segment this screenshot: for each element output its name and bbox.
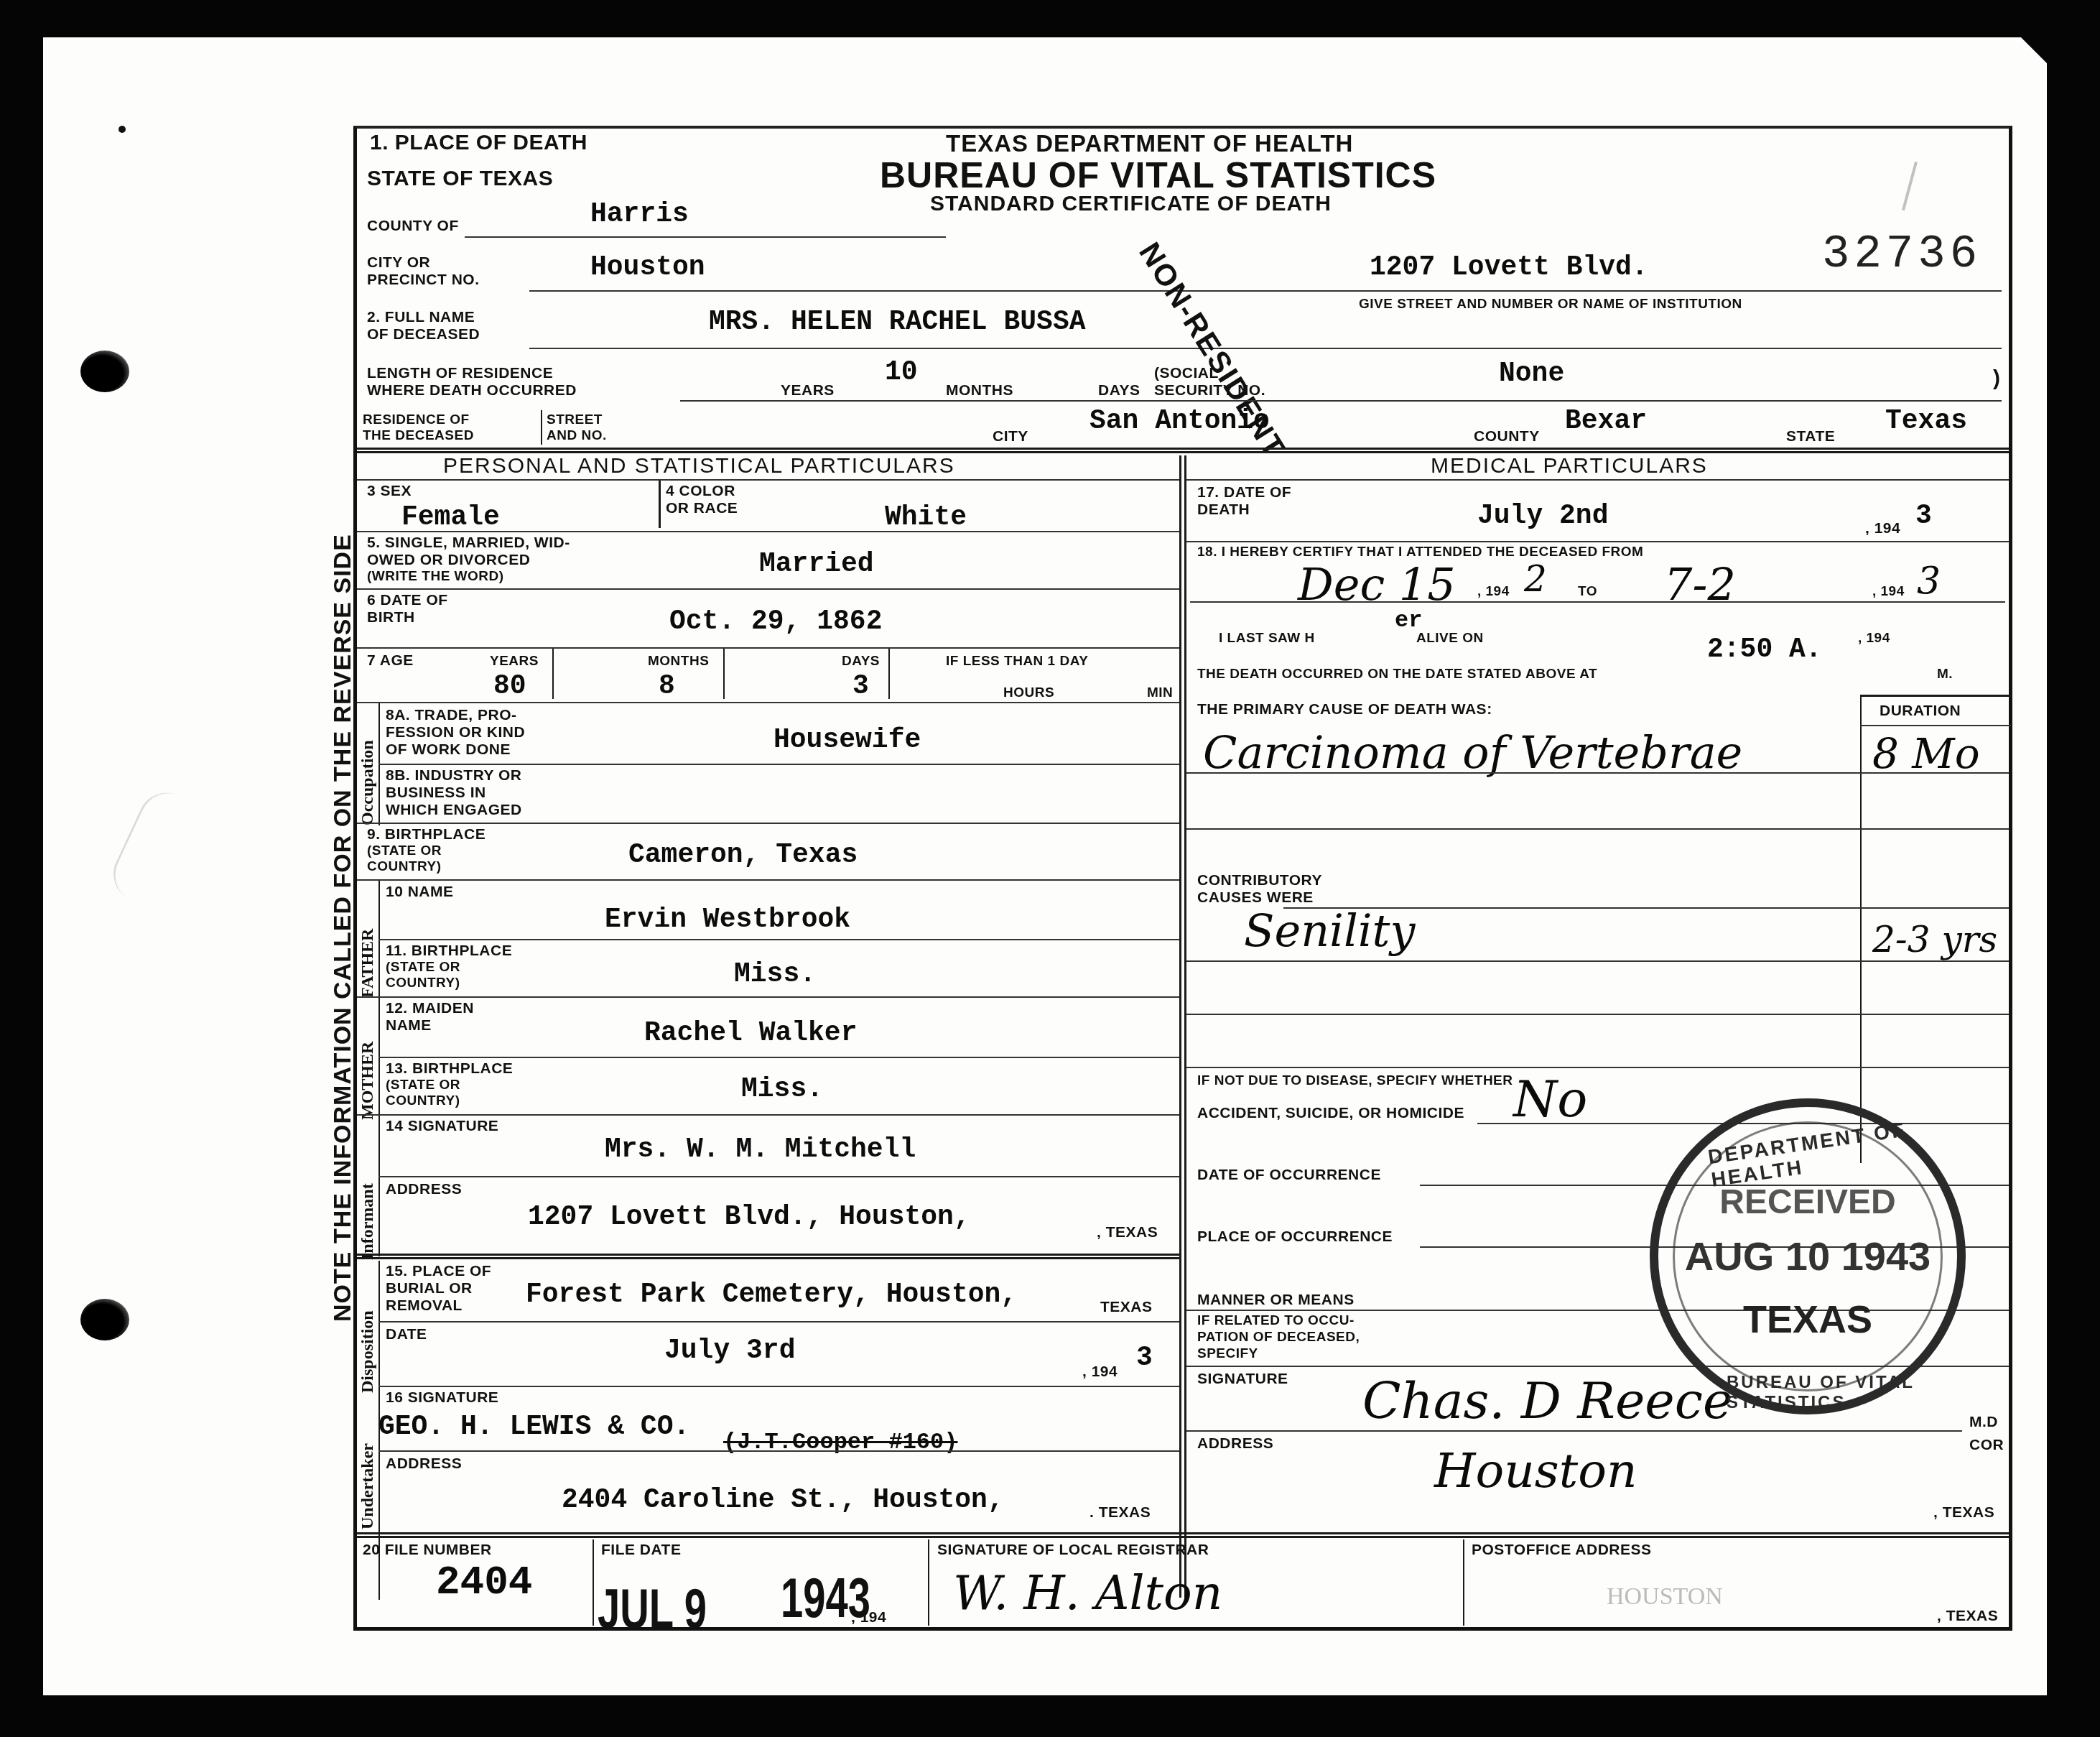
full-name-label-2: OF DECEASED bbox=[367, 327, 480, 343]
occ-related-label-2: PATION OF DECEASED, bbox=[1197, 1330, 1360, 1345]
last-saw-label-1: I LAST SAW H bbox=[1219, 631, 1315, 646]
undertaker-section-label: Undertaker bbox=[358, 1443, 378, 1529]
section-divider bbox=[357, 448, 2009, 453]
mother-birthplace-label-3: COUNTRY) bbox=[386, 1094, 460, 1108]
primary-duration-value: 8 Mo bbox=[1872, 729, 1980, 778]
registrar-divider-v bbox=[1463, 1539, 1464, 1626]
undertaker-state-suffix: . TEXAS bbox=[1090, 1505, 1151, 1521]
row-line bbox=[378, 1321, 1179, 1323]
attended-from-value: Dec 15 bbox=[1298, 558, 1456, 611]
death-time-suffix: M. bbox=[1937, 667, 1953, 682]
postoffice-value: HOUSTON bbox=[1607, 1583, 1723, 1611]
death-year-digit: 3 bbox=[1915, 501, 1932, 532]
row-line bbox=[378, 1386, 1179, 1387]
birthplace-label-1: 9. BIRTHPLACE bbox=[367, 827, 485, 843]
duration-top bbox=[1860, 695, 2011, 697]
row-line bbox=[1186, 772, 2009, 774]
contributory-label-2: CAUSES WERE bbox=[1197, 890, 1314, 906]
stamp-received-text: RECEIVED bbox=[1658, 1182, 1957, 1222]
residence-length-underline bbox=[680, 400, 2002, 402]
place-of-death-label: 1. PLACE OF DEATH bbox=[370, 131, 587, 154]
last-saw-year: , 194 bbox=[1858, 631, 1890, 646]
registrar-divider-v bbox=[593, 1539, 594, 1626]
physician-address-value: Houston bbox=[1434, 1443, 1637, 1499]
county-underline bbox=[465, 236, 946, 238]
dob-label-1: 6 DATE OF bbox=[367, 593, 448, 608]
months-label: MONTHS bbox=[946, 383, 1013, 399]
age-label: 7 AGE bbox=[367, 653, 414, 669]
sex-label: 3 SEX bbox=[367, 483, 412, 499]
informant-section-label: Informant bbox=[358, 1183, 378, 1260]
full-name-value: MRS. HELEN RACHEL BUSSA bbox=[709, 307, 1086, 338]
burial-year-digit: 3 bbox=[1136, 1343, 1153, 1374]
marital-label-1: 5. SINGLE, MARRIED, WID- bbox=[367, 535, 570, 551]
sex-value: Female bbox=[401, 502, 500, 533]
accident-value: No bbox=[1513, 1070, 1587, 1129]
burial-label-1: 15. PLACE OF bbox=[386, 1264, 491, 1279]
occupation-section-label: Occupation bbox=[358, 740, 378, 825]
row-line bbox=[1186, 828, 2009, 830]
last-saw-label-2: ALIVE ON bbox=[1416, 631, 1484, 646]
father-divider bbox=[378, 881, 380, 1003]
undertaker-signature-label: 16 SIGNATURE bbox=[386, 1390, 498, 1406]
row-line bbox=[357, 1254, 1179, 1259]
undertaker-address-value: 2404 Caroline St., Houston, bbox=[562, 1485, 1004, 1516]
dob-label-2: BIRTH bbox=[367, 610, 415, 626]
residence-length-label-1: LENGTH OF RESIDENCE bbox=[367, 366, 553, 381]
age-months-value: 8 bbox=[659, 671, 675, 702]
registrar-divider-v bbox=[928, 1539, 929, 1626]
birthplace-label-2: (STATE OR bbox=[367, 844, 442, 858]
personal-section-header: PERSONAL AND STATISTICAL PARTICULARS bbox=[443, 455, 955, 478]
registrar-signature-label: SIGNATURE OF LOCAL REGISTRAR bbox=[937, 1542, 1209, 1558]
age-divider bbox=[888, 649, 890, 699]
burial-date-value: July 3rd bbox=[664, 1335, 795, 1366]
row-line bbox=[357, 879, 1179, 881]
residence-label-1: RESIDENCE OF bbox=[363, 413, 470, 427]
father-name-label: 10 NAME bbox=[386, 884, 454, 900]
county-label: COUNTY OF bbox=[367, 218, 459, 234]
postoffice-label: POSTOFFICE ADDRESS bbox=[1472, 1542, 1652, 1558]
from-year-prefix: , 194 bbox=[1477, 585, 1510, 599]
birthplace-label-3: COUNTRY) bbox=[367, 860, 442, 874]
date-occurrence-label: DATE OF OCCURRENCE bbox=[1197, 1167, 1381, 1183]
date-of-death-label-2: DEATH bbox=[1197, 502, 1250, 518]
department-title: TEXAS DEPARTMENT OF HEALTH bbox=[946, 130, 1353, 157]
physician-signature-value: Chas. D Reece bbox=[1362, 1371, 1732, 1430]
date-of-birth-value: Oct. 29, 1862 bbox=[669, 606, 882, 637]
from-year-digit: 2 bbox=[1524, 558, 1547, 600]
age-years-label: YEARS bbox=[490, 654, 539, 669]
to-label: TO bbox=[1578, 585, 1597, 599]
industry-label-2: BUSINESS IN bbox=[386, 785, 486, 801]
residence-length-label-2: WHERE DEATH OCCURRED bbox=[367, 383, 577, 399]
certify-label: 18. I HEREBY CERTIFY THAT I ATTENDED THE… bbox=[1197, 545, 1643, 560]
row-line bbox=[378, 1450, 1179, 1452]
row-line bbox=[378, 764, 1179, 765]
row-line bbox=[357, 479, 1179, 481]
race-value: White bbox=[885, 502, 967, 533]
father-birthplace-value: Miss. bbox=[734, 959, 816, 990]
attended-underline bbox=[1190, 601, 2005, 603]
file-year-prefix: , 194 bbox=[851, 1610, 886, 1626]
hours-label: HOURS bbox=[1003, 686, 1054, 700]
death-street-value: 1207 Lovett Blvd. bbox=[1370, 252, 1648, 283]
marital-label-3: (WRITE THE WORD) bbox=[367, 570, 504, 584]
row-line bbox=[1186, 541, 2009, 542]
mother-name-label-2: NAME bbox=[386, 1018, 432, 1034]
trade-label-1: 8A. TRADE, PRO- bbox=[386, 708, 517, 723]
center-divider bbox=[1179, 455, 1186, 1598]
residence-county-value: Bexar bbox=[1565, 406, 1647, 437]
occ-related-label-3: SPECIFY bbox=[1197, 1347, 1258, 1361]
row-line bbox=[357, 996, 1179, 998]
burial-place-value: Forest Park Cemetery, Houston, bbox=[526, 1279, 1017, 1310]
informant-signature-label: 14 SIGNATURE bbox=[386, 1118, 498, 1134]
row-line bbox=[1186, 1067, 2009, 1068]
duration-label: DURATION bbox=[1880, 703, 1961, 719]
street-institution-label: GIVE STREET AND NUMBER OR NAME OF INSTIT… bbox=[1359, 297, 1742, 312]
informant-address-value: 1207 Lovett Blvd., Houston, bbox=[528, 1202, 970, 1233]
file-number-label: 20 FILE NUMBER bbox=[363, 1542, 492, 1558]
mother-birthplace-value: Miss. bbox=[741, 1074, 823, 1105]
residence-state-value: Texas bbox=[1885, 406, 1967, 437]
residence-divider bbox=[541, 410, 542, 445]
registrar-divider bbox=[357, 1532, 2009, 1538]
name-underline bbox=[529, 348, 2002, 349]
occupation-value: Housewife bbox=[773, 725, 921, 756]
row-line bbox=[357, 647, 1179, 649]
certificate-number: 32736 bbox=[1822, 229, 1981, 281]
physician-state-suffix: , TEXAS bbox=[1933, 1505, 1994, 1521]
city-underline bbox=[529, 290, 2002, 292]
file-date-label: FILE DATE bbox=[601, 1542, 681, 1558]
death-year-prefix: , 194 bbox=[1865, 521, 1900, 537]
residence-city-label: CITY bbox=[993, 429, 1028, 445]
punch-hole-bottom bbox=[80, 1299, 129, 1340]
race-label-1: 4 COLOR bbox=[666, 483, 735, 499]
trade-label-3: OF WORK DONE bbox=[386, 742, 511, 758]
full-name-label-1: 2. FULL NAME bbox=[367, 310, 475, 325]
manner-label: MANNER OR MEANS bbox=[1197, 1292, 1355, 1308]
mother-name-label-1: 12. MAIDEN bbox=[386, 1001, 474, 1016]
medical-section-header: MEDICAL PARTICULARS bbox=[1431, 455, 1708, 478]
burial-year-prefix: , 194 bbox=[1082, 1364, 1118, 1380]
row-line bbox=[1860, 725, 2011, 726]
paper-speck bbox=[119, 126, 126, 133]
row-line bbox=[1186, 479, 2009, 481]
place-occurrence-label: PLACE OF OCCURRENCE bbox=[1197, 1229, 1393, 1245]
industry-label-3: WHICH ENGAGED bbox=[386, 802, 522, 818]
birthplace-value: Cameron, Texas bbox=[628, 840, 858, 871]
stamp-date-text: AUG 10 1943 bbox=[1658, 1233, 1957, 1279]
last-saw-insert: er bbox=[1395, 607, 1422, 634]
race-label-2: OR RACE bbox=[666, 501, 738, 517]
row-line bbox=[378, 1057, 1179, 1058]
punch-hole-top bbox=[80, 351, 129, 392]
marital-label-2: OWED OR DIVORCED bbox=[367, 552, 530, 568]
father-section-label: FATHER bbox=[358, 929, 378, 998]
years-label: YEARS bbox=[781, 383, 835, 399]
not-disease-label: IF NOT DUE TO DISEASE, SPECIFY WHETHER bbox=[1197, 1074, 1513, 1088]
primary-cause-value: Carcinoma of Vertebrae bbox=[1203, 726, 1742, 779]
file-date-month-day: JUL 9 bbox=[598, 1576, 707, 1641]
residence-city-value: San Antonio bbox=[1090, 406, 1270, 437]
mother-section-label: MOTHER bbox=[358, 1042, 378, 1120]
ssn-label-1: (SOCIAL bbox=[1154, 366, 1219, 381]
burial-label-3: REMOVAL bbox=[386, 1298, 463, 1314]
received-stamp: DEPARTMENT OF HEALTH RECEIVED AUG 10 194… bbox=[1650, 1098, 1966, 1414]
min-label: MIN bbox=[1147, 686, 1173, 700]
death-certificate-form: 1. PLACE OF DEATH STATE OF TEXAS TEXAS D… bbox=[353, 126, 2012, 1631]
informant-address-label: ADDRESS bbox=[386, 1182, 462, 1198]
burial-label-2: BURIAL OR bbox=[386, 1281, 473, 1297]
postoffice-state-suffix: , TEXAS bbox=[1937, 1608, 1998, 1624]
file-number-value: 2404 bbox=[436, 1560, 532, 1606]
informant-divider bbox=[378, 1116, 380, 1256]
informant-state-suffix: , TEXAS bbox=[1097, 1225, 1158, 1241]
age-divider bbox=[552, 649, 554, 699]
street-label-2: AND NO. bbox=[547, 429, 607, 443]
informant-signature-value: Mrs. W. M. Mitchell bbox=[605, 1134, 916, 1165]
accident-label: ACCIDENT, SUICIDE, OR HOMICIDE bbox=[1197, 1106, 1464, 1121]
father-birthplace-label-1: 11. BIRTHPLACE bbox=[386, 943, 512, 959]
residence-label-2: THE DECEASED bbox=[363, 429, 474, 443]
to-year-digit: 3 bbox=[1917, 560, 1941, 603]
contributory-cause-value: Senility bbox=[1244, 904, 1416, 957]
disposition-section-label: Disposition bbox=[358, 1310, 378, 1393]
ssn-close-paren: ) bbox=[1993, 367, 2001, 390]
residence-county-label: COUNTY bbox=[1474, 429, 1540, 445]
burial-state-suffix: TEXAS bbox=[1100, 1300, 1153, 1315]
row-line bbox=[1186, 1014, 2009, 1015]
row-line bbox=[357, 588, 1179, 590]
state-label: STATE OF TEXAS bbox=[367, 167, 553, 190]
duration-divider bbox=[1860, 696, 1862, 1163]
occ-related-label-1: IF RELATED TO OCCU- bbox=[1197, 1314, 1355, 1328]
burial-date-label: DATE bbox=[386, 1327, 427, 1343]
bureau-title: BUREAU OF VITAL STATISTICS bbox=[880, 154, 1436, 196]
row-line bbox=[1186, 960, 2009, 962]
undertaker-address-label: ADDRESS bbox=[386, 1456, 462, 1472]
date-of-death-label-1: 17. DATE OF bbox=[1197, 485, 1291, 501]
city-value: Houston bbox=[590, 252, 705, 283]
stamp-state-text: TEXAS bbox=[1658, 1297, 1957, 1342]
mother-maiden-name-value: Rachel Walker bbox=[644, 1018, 857, 1049]
death-time-value: 2:50 A. bbox=[1707, 634, 1822, 665]
primary-cause-label: THE PRIMARY CAUSE OF DEATH WAS: bbox=[1197, 702, 1492, 718]
county-value: Harris bbox=[590, 199, 689, 230]
row-line bbox=[357, 531, 1179, 532]
physician-address-label: ADDRESS bbox=[1197, 1436, 1273, 1452]
row-line bbox=[378, 1176, 1179, 1177]
row-line bbox=[378, 939, 1179, 940]
father-birthplace-label-2: (STATE OR bbox=[386, 960, 460, 975]
street-label-1: STREET bbox=[547, 413, 603, 427]
mother-birthplace-label-1: 13. BIRTHPLACE bbox=[386, 1061, 513, 1077]
mother-birthplace-label-2: (STATE OR bbox=[386, 1078, 460, 1093]
attended-to-value: 7-2 bbox=[1664, 558, 1736, 611]
to-year-prefix: , 194 bbox=[1872, 585, 1905, 599]
stamp-ring-bottom-text: BUREAU OF VITAL STATISTICS bbox=[1727, 1373, 1957, 1413]
contributory-label-1: CONTRIBUTORY bbox=[1197, 873, 1322, 889]
cor-label: COR bbox=[1969, 1437, 2004, 1453]
residence-state-label: STATE bbox=[1786, 429, 1835, 445]
date-of-death-value: July 2nd bbox=[1477, 501, 1608, 532]
father-name-value: Ervin Westbrook bbox=[605, 904, 850, 935]
md-label: M.D bbox=[1969, 1414, 1998, 1430]
ssn-value: None bbox=[1499, 358, 1564, 389]
age-years-value: 80 bbox=[493, 671, 526, 702]
sex-race-divider bbox=[659, 481, 661, 528]
death-time-label: THE DEATH OCCURRED ON THE DATE STATED AB… bbox=[1197, 667, 1597, 682]
row-line bbox=[357, 823, 1179, 824]
age-months-label: MONTHS bbox=[648, 654, 709, 669]
row-line bbox=[357, 1114, 1179, 1116]
physician-signature-label: SIGNATURE bbox=[1197, 1371, 1288, 1387]
row-line bbox=[357, 702, 1179, 703]
trade-label-2: FESSION OR KIND bbox=[386, 725, 525, 741]
form-title: STANDARD CERTIFICATE OF DEATH bbox=[930, 192, 1332, 216]
city-label-1: CITY OR bbox=[367, 255, 430, 271]
ssn-label-2: SECURITY NO. bbox=[1154, 383, 1265, 399]
undertaker-name-value: GEO. H. LEWIS & CO. bbox=[378, 1412, 689, 1442]
registrar-signature-value: W. H. Alton bbox=[953, 1565, 1222, 1621]
father-birthplace-label-3: COUNTRY) bbox=[386, 976, 460, 991]
age-less-than-day-label: IF LESS THAN 1 DAY bbox=[946, 654, 1088, 669]
industry-label-1: 8B. INDUSTRY OR bbox=[386, 768, 522, 784]
residence-months-value: 10 bbox=[885, 357, 918, 388]
row-line bbox=[1186, 1430, 1962, 1432]
pencil-mark bbox=[1902, 162, 1918, 211]
city-label-2: PRECINCT NO. bbox=[367, 272, 480, 288]
age-days-value: 3 bbox=[852, 671, 869, 702]
torn-corner bbox=[2020, 36, 2048, 65]
age-days-label: DAYS bbox=[842, 654, 880, 669]
contributory-duration-value: 2-3 yrs bbox=[1872, 919, 1997, 960]
marital-status-value: Married bbox=[759, 549, 874, 580]
age-divider bbox=[723, 649, 725, 699]
days-label: DAYS bbox=[1098, 383, 1140, 399]
